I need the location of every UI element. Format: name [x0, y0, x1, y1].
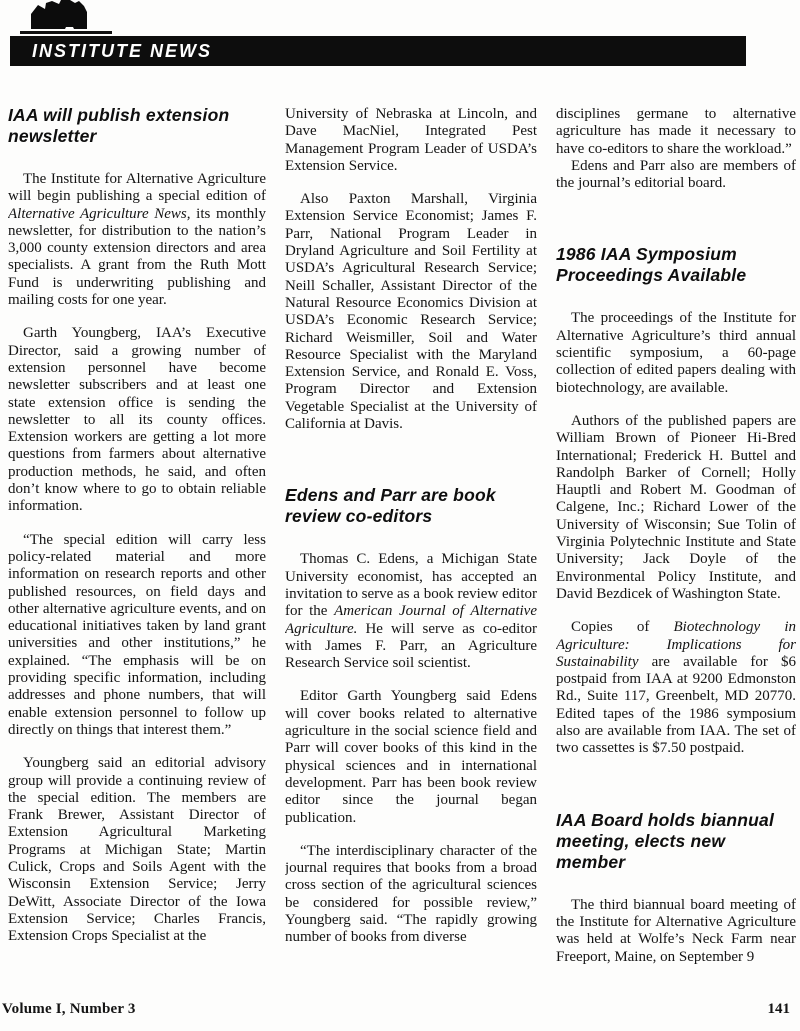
paragraph: The Institute for Alternative Agricultur… — [8, 171, 266, 309]
paragraph: Thomas C. Edens, a Michigan State Univer… — [285, 551, 537, 672]
article-columns: IAA will publish extension newsletterThe… — [8, 105, 796, 997]
article-heading: IAA Board holds biannual meeting, elects… — [556, 810, 796, 873]
footer-page-number: 141 — [768, 1001, 791, 1018]
footer-volume-label: Volume I, Number 3 — [2, 1001, 136, 1018]
paragraph: University of Nebraska at Lincoln, and D… — [285, 106, 537, 175]
paragraph: Copies of Biotechnology in Agriculture: … — [556, 619, 796, 757]
banner-title: INSTITUTE NEWS — [10, 41, 212, 62]
paragraph: Authors of the published papers are Will… — [556, 413, 796, 603]
farm-buildings-silhouette-icon — [30, 0, 88, 30]
column-center: University of Nebraska at Lincoln, and D… — [285, 105, 537, 997]
institute-news-banner: INSTITUTE NEWS — [10, 36, 746, 66]
logo-underline-rule — [20, 31, 112, 34]
journal-page: INSTITUTE NEWS IAA will publish extensio… — [0, 0, 800, 1031]
paragraph: “The special edition will carry less pol… — [8, 532, 266, 740]
column-left: IAA will publish extension newsletterThe… — [8, 105, 266, 997]
paragraph: The proceedings of the Institute for Alt… — [556, 310, 796, 396]
paragraph: disciplines germane to alternative agric… — [556, 106, 796, 158]
paragraph: Garth Youngberg, IAA’s Executive Directo… — [8, 325, 266, 515]
paragraph: Youngberg said an editorial advisory gro… — [8, 755, 266, 945]
column-right: disciplines germane to alternative agric… — [556, 105, 796, 997]
article-heading: Edens and Parr are book review co-editor… — [285, 485, 537, 527]
paragraph: Editor Garth Youngberg said Edens will c… — [285, 688, 537, 826]
article-heading: IAA will publish extension newsletter — [8, 105, 266, 147]
paragraph: Also Paxton Marshall, Virginia Extension… — [285, 191, 537, 433]
paragraph: “The interdisciplinary character of the … — [285, 843, 537, 947]
paragraph: Edens and Parr also are members of the j… — [556, 158, 796, 193]
paragraph: The third biannual board meeting of the … — [556, 897, 796, 966]
article-heading: 1986 IAA Symposium Proceedings Available — [556, 244, 796, 286]
